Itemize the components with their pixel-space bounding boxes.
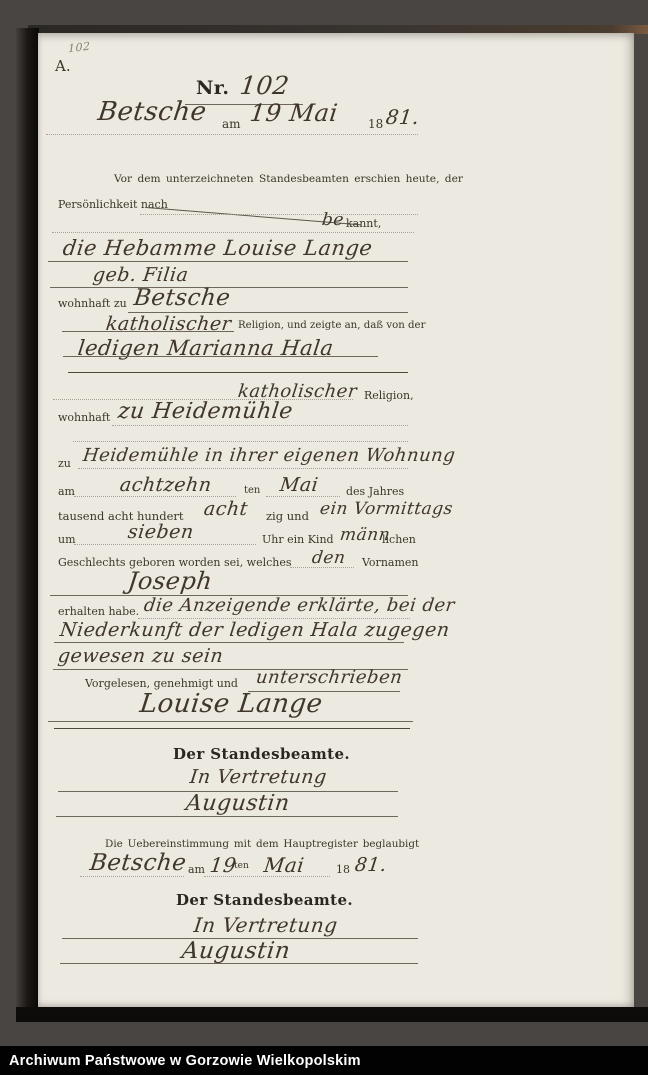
nr-label: Nr. [196,77,229,99]
cert-ten-label: ten [234,861,249,871]
registrar-signature-1: Augustin [184,791,291,816]
rule-line [48,721,413,722]
hour-written: sieben [127,521,195,543]
bekannt-printed: kannt, [346,217,381,230]
archive-caption-bar: Archiwum Państwowe w Gorzowie Wielkopols… [0,1046,648,1075]
child-name: Joseph [126,567,214,595]
unterschrieben-written: unterschrieben [255,667,404,688]
register-page: 102 A. Nr. 102 Betsche am 19 Mai 18 81. … [38,33,634,1007]
maiden-name: geb. Filia [92,264,190,286]
dateline-year-written: 81. [385,105,421,129]
persoenlichkeit-label: Persönlichkeit nach [58,198,168,211]
cert-am-label: am [188,863,205,876]
dateline-am: am [222,117,241,131]
rule-line [52,232,414,233]
rule-line [112,425,408,426]
dateline-year-printed: 18 [368,117,383,131]
rule-line [56,816,398,817]
religion2-printed: Religion, [364,389,414,402]
cert-year-printed: 18 [336,863,350,876]
uhr-kind-label: Uhr ein Kind [262,533,334,546]
wohnhaft-label: wohnhaft [58,411,110,424]
cert-place: Betsche [88,850,188,876]
residence-mother: zu Heidemühle [116,399,294,424]
registrar-signature-2: Augustin [180,938,291,964]
birth-month-written: Mai [279,474,320,496]
statement-line3: gewesen zu sein [57,645,225,667]
rule-line [78,468,408,469]
erhalten-habe-label: erhalten habe. [58,605,139,618]
bekannt-handwritten: be [321,210,345,230]
book-binding-shadow [16,28,39,1020]
archive-caption-text: Archiwum Państwowe w Gorzowie Wielkopols… [9,1053,361,1069]
rule-line [73,441,408,442]
rule-line [74,544,256,545]
am-label: am [58,485,75,498]
rule-line [46,134,418,135]
rule-line [48,261,408,262]
rule-line [80,876,184,877]
rule-line [54,728,410,729]
in-vertretung-2: In Vertretung [193,913,340,937]
page-bottom-shadow [16,1007,648,1022]
rule-line [54,642,404,643]
ten-label: ten [244,485,260,496]
registrar-heading-2: Der Standesbeamte. [176,891,353,909]
den-written: den [311,548,347,568]
rule-line [266,496,340,497]
zig-und-label: zig und [266,509,309,523]
certification-line: Die Uebereinstimmung mit dem Hauptregist… [105,838,419,850]
form-letter-a: A. [55,57,71,75]
rule-line [290,567,354,568]
in-vertretung-1: In Vertretung [189,766,329,788]
declarant-name: die Hebamme Louise Lange [62,236,374,260]
um-label: um [58,533,76,546]
year-time-written: ein Vormittags [319,499,454,519]
record-number: 102 [238,71,291,100]
rule-line [204,876,330,877]
rule-line [63,356,378,357]
rule-line [68,372,408,373]
decade-written: acht [203,498,250,520]
rule-line [140,214,418,215]
statement-line1: die Anzeigende erklärte, bei der [143,595,456,616]
residence-declarant: Betsche [132,285,232,311]
birthplace-written: Heidemühle in ihrer eigenen Wohnung [82,445,457,466]
statement-line2: Niederkunft der ledigen Hala zugegen [59,619,451,641]
registrar-heading: Der Standesbeamte. [173,745,350,763]
zu-label: zu [58,457,71,470]
des-jahres-label: des Jahres [346,485,404,498]
pencil-folio-number: 102 [68,40,91,56]
birth-day-written: achtzehn [119,474,213,496]
dateline-day-month: 19 Mai [248,99,339,127]
cert-month: Mai [263,853,306,877]
rule-line [60,963,418,964]
vornamen-label: Vornamen [362,556,418,569]
cert-year-written: 81. [354,854,388,876]
declarant-signature: Louise Lange [138,689,324,719]
archive-scan-viewer: 102 A. Nr. 102 Betsche am 19 Mai 18 81. … [0,0,648,1075]
lichen-label: lichen [382,533,416,546]
rule-line [74,496,236,497]
wohnhaft-zu-label: wohnhaft zu [58,297,127,310]
rule-line [62,331,234,332]
religion1-printed: Religion, und zeigte an, daß von der [238,320,425,331]
intro-line: Vor dem unterzeichneten Standesbeamten e… [114,173,463,185]
dateline-place: Betsche [96,97,208,127]
